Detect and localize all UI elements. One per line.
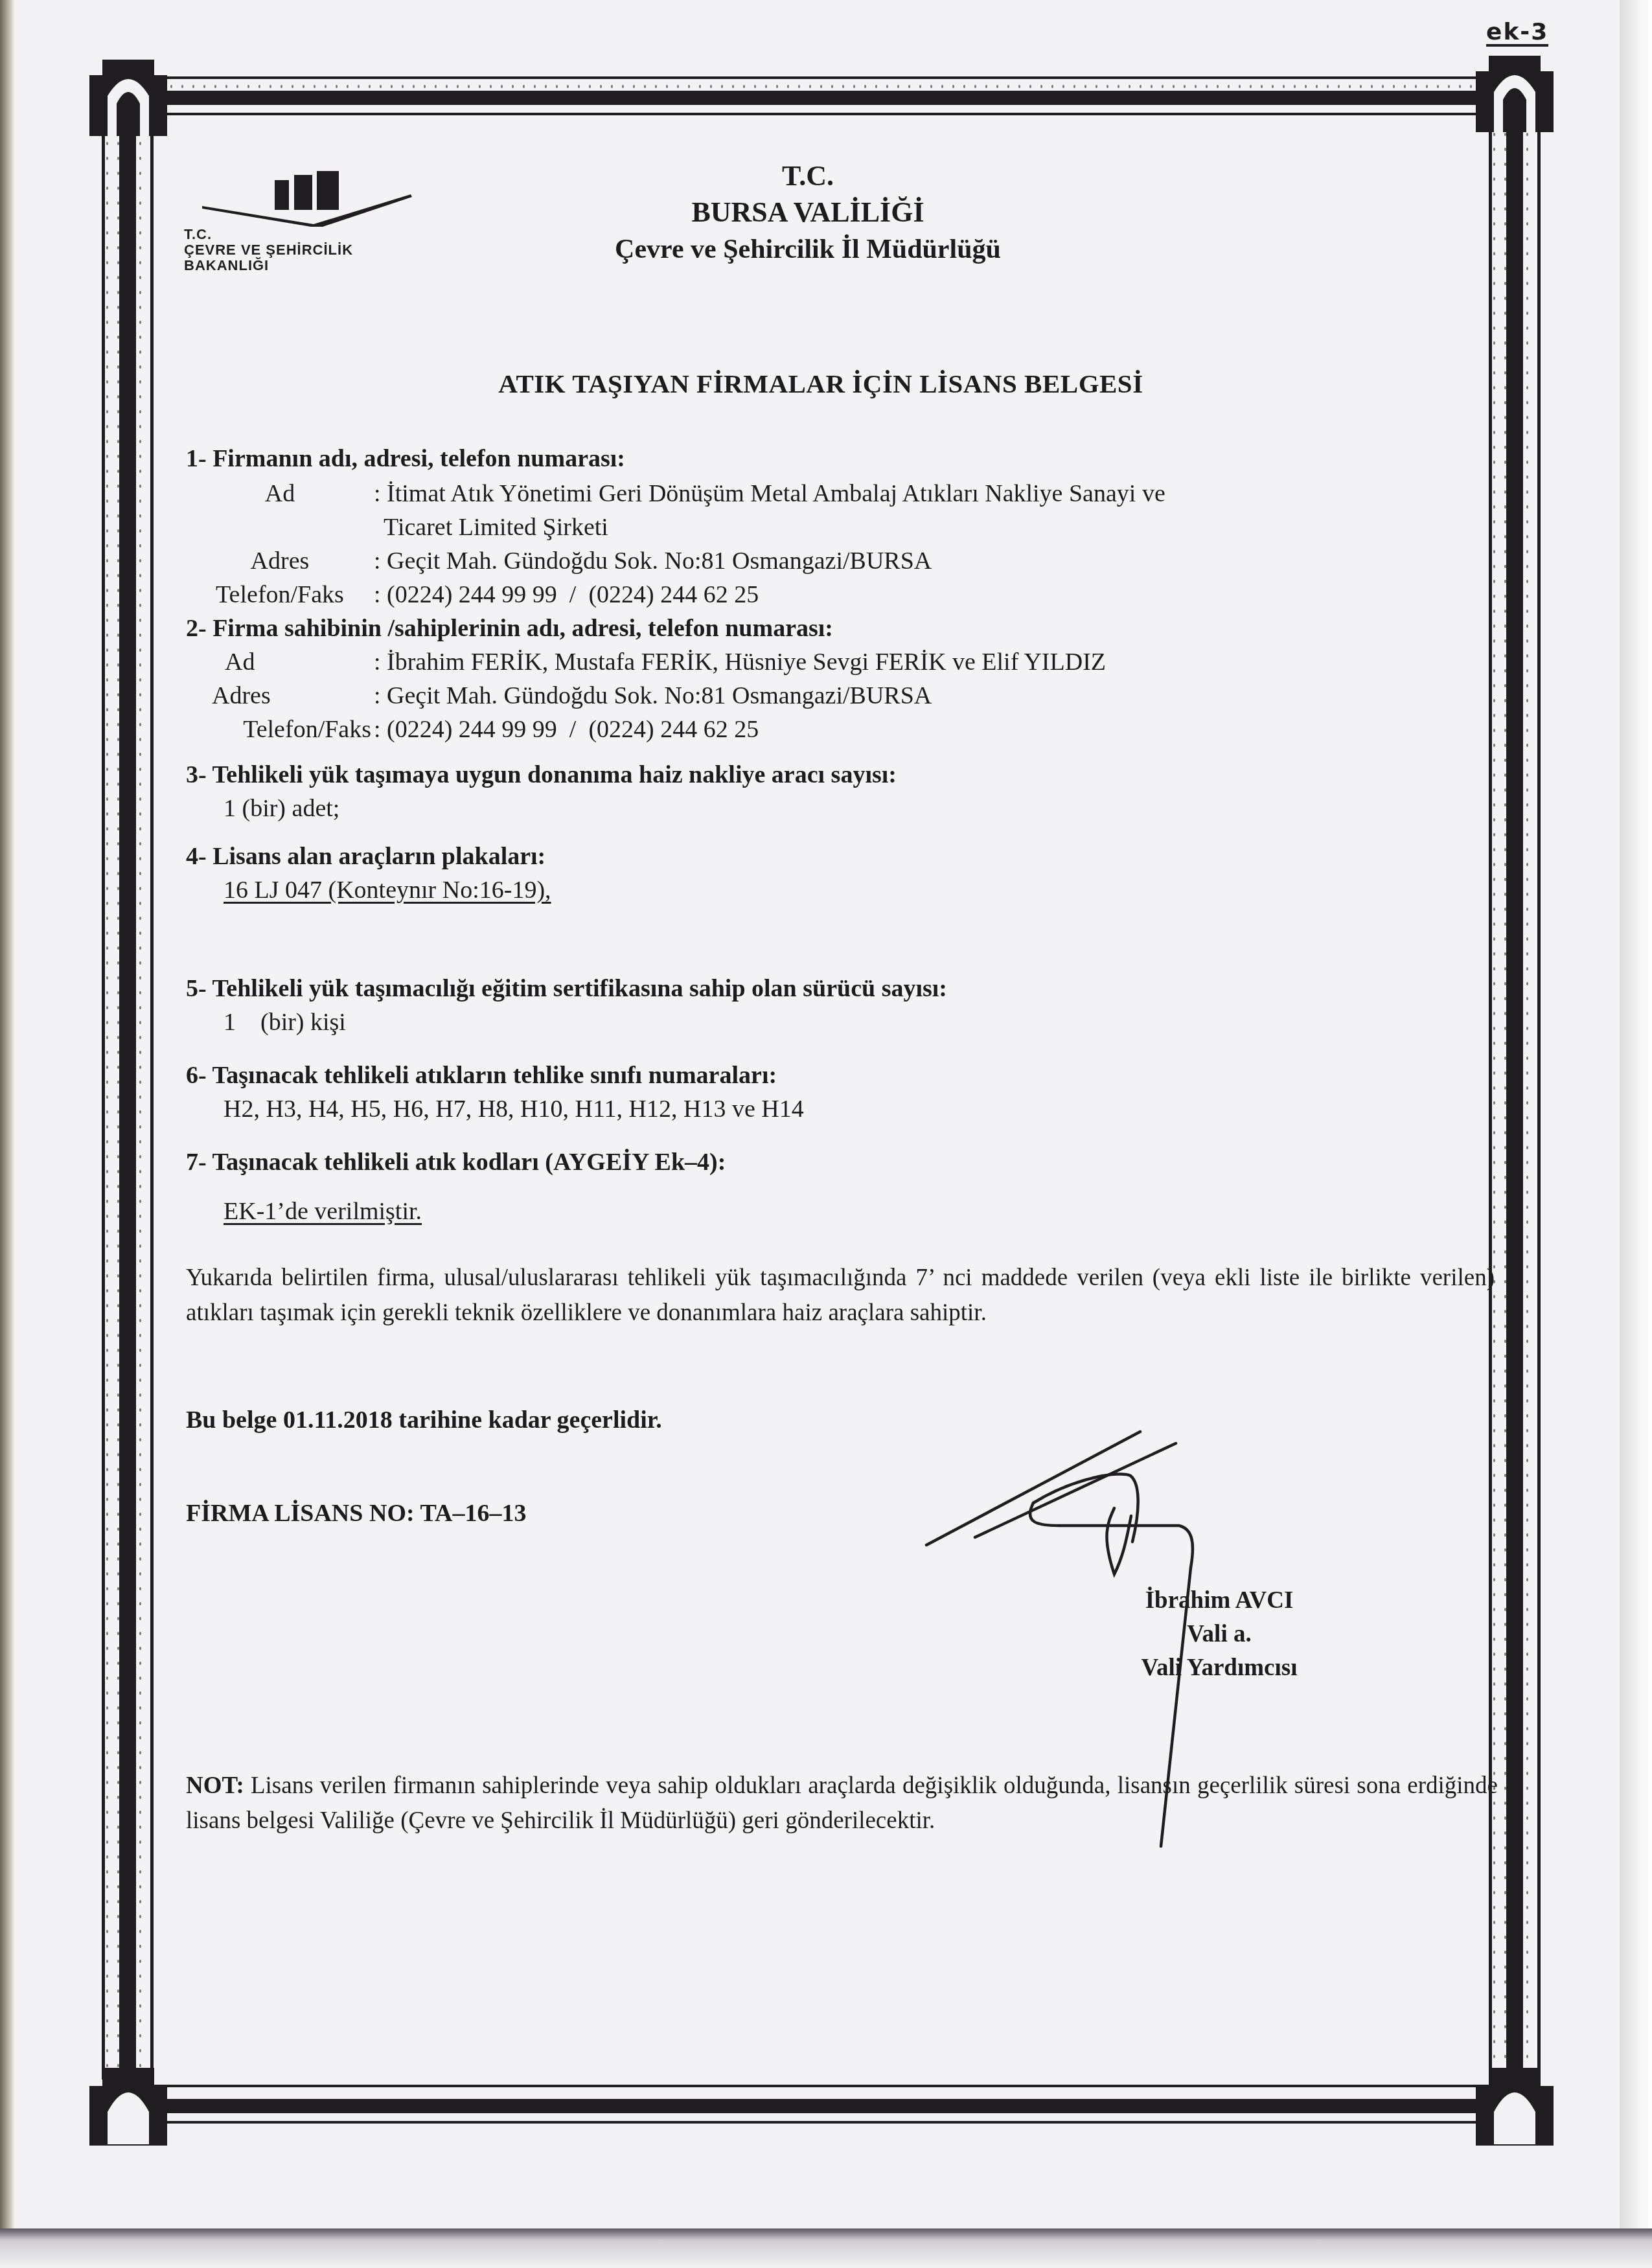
field-value: : (0224) 244 99 99 / (0224) 244 62 25 — [374, 578, 1495, 612]
section-7-value: EK-1’de verilmiştir. — [224, 1198, 422, 1225]
signatory-name: İbrahim AVCI — [1109, 1584, 1329, 1618]
document-body: 1- Firmanın adı, adresi, telefon numaras… — [186, 441, 1495, 1530]
field-label: Adres — [186, 544, 374, 578]
letterhead-line-3: Çevre ve Şehircilik İl Müdürlüğü — [468, 231, 1148, 268]
section-7-heading: 7- Taşınacak tehlikeli atık kodları (AYG… — [186, 1145, 1495, 1179]
section-1-name-row: Ad : İtimat Atık Yönetimi Geri Dönüşüm M… — [186, 477, 1495, 510]
field-label: Telefon/Faks — [186, 713, 374, 746]
letterhead: T.C. BURSA VALİLİĞİ Çevre ve Şehircilik … — [468, 159, 1148, 268]
field-value: : Geçit Mah. Gündoğdu Sok. No:81 Osmanga… — [374, 679, 1495, 713]
note-label: NOT: — [186, 1772, 244, 1799]
statement-paragraph: Yukarıda belirtilen firma, ulusal/ulusla… — [186, 1261, 1495, 1331]
field-value: : Geçit Mah. Gündoğdu Sok. No:81 Osmanga… — [374, 544, 1495, 578]
section-6-heading: 6- Taşınacak tehlikeli atıkların tehlike… — [186, 1059, 1495, 1092]
note-text: Lisans verilen firmanın sahiplerinde vey… — [186, 1772, 1498, 1834]
arch-ornament-icon — [1474, 2067, 1555, 2147]
section-4-heading: 4- Lisans alan araçların plakaları: — [186, 840, 1495, 873]
signatory-block: İbrahim AVCI Vali a. Vali Yardımcısı — [1109, 1584, 1329, 1685]
field-label: Ad — [186, 477, 374, 510]
section-1-phone-row: Telefon/Faks : (0224) 244 99 99 / (0224)… — [186, 578, 1495, 612]
handwritten-annotation: ek-3 — [1486, 21, 1548, 47]
note-paragraph: NOT: Lisans verilen firmanın sahiplerind… — [186, 1769, 1498, 1838]
scan-edge-right — [1620, 0, 1652, 2228]
logo-line-2: ÇEVRE VE ŞEHİRCİLİK — [184, 242, 417, 258]
field-label: Telefon/Faks — [186, 578, 374, 612]
section-1-address-row: Adres : Geçit Mah. Gündoğdu Sok. No:81 O… — [186, 544, 1495, 578]
license-number: FİRMA LİSANS NO: TA–16–13 — [186, 1496, 1495, 1530]
field-value: Ticaret Limited Şirketi — [374, 510, 1495, 544]
border-left — [102, 136, 154, 2079]
signatory-title-2: Vali Yardımcısı — [1109, 1651, 1329, 1685]
arch-ornament-icon — [88, 2067, 168, 2147]
field-value: : (0224) 244 99 99 / (0224) 244 62 25 — [374, 713, 1495, 746]
section-2-address-row: Adres : Geçit Mah. Gündoğdu Sok. No:81 O… — [186, 679, 1495, 713]
border-bottom — [144, 2085, 1498, 2124]
scan-edge-left — [0, 0, 14, 2268]
field-label: Ad — [186, 645, 374, 679]
field-value: : İtimat Atık Yönetimi Geri Dönüşüm Meta… — [374, 477, 1495, 510]
section-5-value: 1 (bir) kişi — [186, 1005, 1495, 1039]
field-value: : İbrahim FERİK, Mustafa FERİK, Hüsniye … — [374, 645, 1495, 679]
field-label: Adres — [186, 679, 374, 713]
section-3-heading: 3- Tehlikeli yük taşımaya uygun donanıma… — [186, 758, 1495, 792]
signatory-title-1: Vali a. — [1109, 1618, 1329, 1651]
section-1-name-row-cont: Ticaret Limited Şirketi — [186, 510, 1495, 544]
scan-edge-bottom — [0, 2228, 1652, 2268]
letterhead-line-1: T.C. — [468, 159, 1148, 194]
arch-ornament-icon — [88, 57, 168, 137]
section-3-value: 1 (bir) adet; — [186, 792, 1495, 825]
letterhead-line-2: BURSA VALİLİĞİ — [468, 194, 1148, 231]
section-2-heading: 2- Firma sahibinin /sahiplerinin adı, ad… — [186, 612, 1495, 645]
section-6-value: H2, H3, H4, H5, H6, H7, H8, H10, H11, H1… — [186, 1092, 1495, 1126]
logo-line-3: BAKANLIĞI — [184, 258, 417, 273]
ministry-emblem-icon — [184, 162, 417, 227]
document-title: ATIK TAŞIYAN FİRMALAR İÇİN LİSANS BELGES… — [189, 368, 1452, 399]
section-5-heading: 5- Tehlikeli yük taşımacılığı eğitim ser… — [186, 972, 1495, 1005]
validity-statement: Bu belge 01.11.2018 tarihine kadar geçer… — [186, 1403, 1495, 1437]
section-2-phone-row: Telefon/Faks : (0224) 244 99 99 / (0224)… — [186, 713, 1495, 746]
document-page: ek-3 T.C. ÇEVRE VE ŞEHİRCİLİK BAKANLIĞI … — [14, 0, 1620, 2228]
logo-line-1: T.C. — [184, 227, 417, 242]
section-4-value: 16 LJ 047 (Konteynır No:16-19), — [224, 876, 551, 904]
arch-ornament-icon — [1474, 53, 1555, 133]
section-2-name-row: Ad : İbrahim FERİK, Mustafa FERİK, Hüsni… — [186, 645, 1495, 679]
border-top — [144, 76, 1498, 115]
ministry-logo: T.C. ÇEVRE VE ŞEHİRCİLİK BAKANLIĞI — [184, 162, 417, 273]
section-1-heading: 1- Firmanın adı, adresi, telefon numaras… — [186, 441, 1495, 477]
